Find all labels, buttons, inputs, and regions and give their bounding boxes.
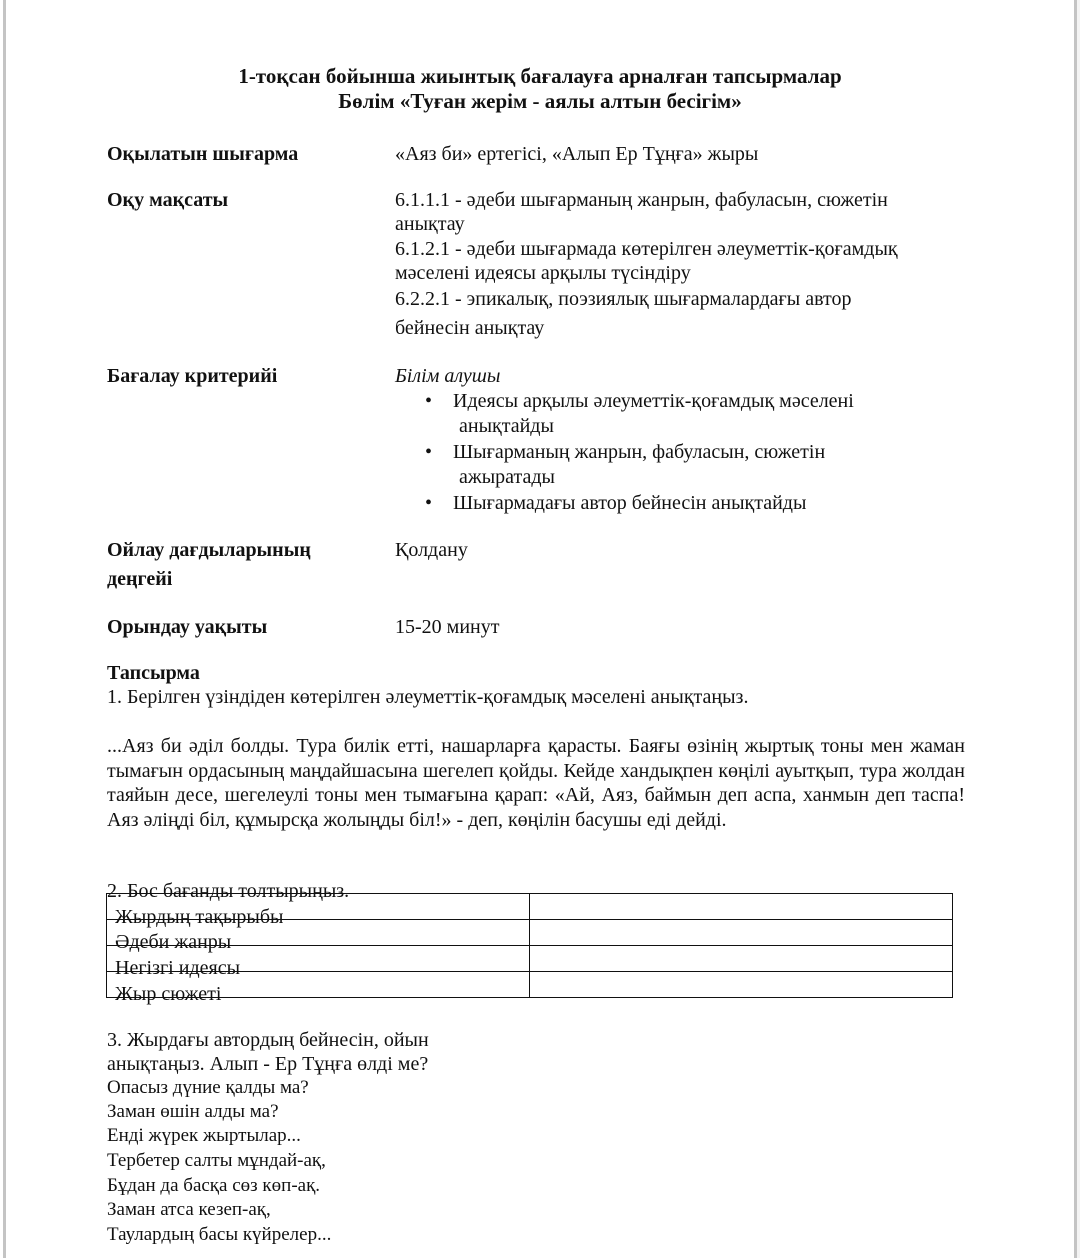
table-border	[952, 893, 953, 998]
goal-line: бейнесін анықтау	[395, 316, 544, 341]
criteria-item-text-cont: ажыратады	[453, 465, 854, 490]
question-3-cont: анықтаңыз. Алып - Ер Тұңға өлді ме?	[107, 1052, 428, 1076]
question-2: 2. Бос бағанды толтырыңыз.	[107, 879, 349, 904]
bullet-icon: •	[425, 389, 432, 414]
document-title: 1-тоқсан бойынша жиынтық бағалауға арнал…	[0, 64, 1080, 88]
question-3: 3. Жырдағы автордың бейнесін, ойын	[107, 1028, 429, 1052]
criteria-label: Бағалау критерийі	[107, 364, 277, 388]
bullet-icon: •	[425, 491, 432, 516]
poem-line: Бұдан да басқа сөз көп-ақ.	[107, 1174, 320, 1199]
goal-line: мәселені идеясы арқылы түсіндіру	[395, 261, 691, 286]
table-row-label: Жырдың тақырыбы	[115, 905, 283, 929]
poem-line: Таулардың басы күйрелер...	[107, 1223, 331, 1248]
criteria-item: • Шығармадағы автор бейнесін анықтайды	[425, 491, 854, 516]
bullet-icon: •	[425, 440, 432, 465]
table-border	[106, 893, 107, 998]
question-1: 1. Берілген үзіндіден көтерілген әлеумет…	[107, 685, 748, 710]
poem-line: Заман өшін алды ма?	[107, 1100, 279, 1125]
table-border	[529, 893, 530, 998]
criteria-item: • Шығарманың жанрын, фабуласын, сюжетін …	[425, 440, 854, 490]
thinking-value: Қолдану	[395, 538, 468, 563]
criteria-list: • Идеясы арқылы әлеуметтік-қоғамдық мәсе…	[425, 389, 854, 517]
criteria-item-text: Шығармадағы автор бейнесін анықтайды	[453, 492, 806, 514]
criteria-item-text-cont: анықтайды	[453, 414, 854, 439]
reading-label: Оқылатын шығарма	[107, 142, 298, 166]
criteria-item: • Идеясы арқылы әлеуметтік-қоғамдық мәсе…	[425, 389, 854, 439]
table-row-label: Әдеби жанры	[115, 930, 231, 954]
goal-line: анықтау	[395, 212, 465, 237]
goal-line: 6.1.2.1 - әдеби шығармада көтерілген әле…	[395, 237, 898, 262]
thinking-label: Ойлау дағдыларының	[107, 538, 311, 562]
criteria-item-text: Идеясы арқылы әлеуметтік-қоғамдық мәселе…	[453, 390, 854, 412]
task-heading: Тапсырма	[107, 661, 200, 685]
poem-line: Енді жүрек жыртылар...	[107, 1124, 301, 1149]
goal-line: 6.2.2.1 - эпикалық, поэзиялық шығармалар…	[395, 287, 852, 312]
thinking-label-cont: деңгейі	[107, 567, 172, 591]
goal-line: 6.1.1.1 - әдеби шығарманың жанрын, фабул…	[395, 188, 888, 213]
criteria-item-text: Шығарманың жанрын, фабуласын, сюжетін	[453, 441, 825, 463]
table-row-label: Негізгі идеясы	[115, 956, 240, 980]
excerpt-paragraph: ...Аяз би әділ болды. Тура билік етті, н…	[107, 734, 965, 832]
section-title: Бөлім «Туған жерім - аялы алтын бесігім»	[0, 89, 1080, 113]
goals-label: Оқу мақсаты	[107, 188, 228, 212]
poem-line: Опасыз дүние қалды ма?	[107, 1076, 309, 1101]
criteria-intro: Білім алушы	[395, 364, 500, 389]
page-border-left	[3, 0, 6, 1258]
poem-line: Тербетер салты мұндай-ақ,	[107, 1149, 326, 1174]
poem-line: Заман атса кезеп-ақ,	[107, 1198, 271, 1223]
time-label: Орындау уақыты	[107, 615, 267, 639]
reading-value: «Аяз би» ертегісі, «Алып Ер Тұңға» жыры	[395, 142, 758, 167]
table-row-label: Жыр сюжеті	[115, 982, 221, 1006]
time-value: 15-20 минут	[395, 615, 499, 640]
